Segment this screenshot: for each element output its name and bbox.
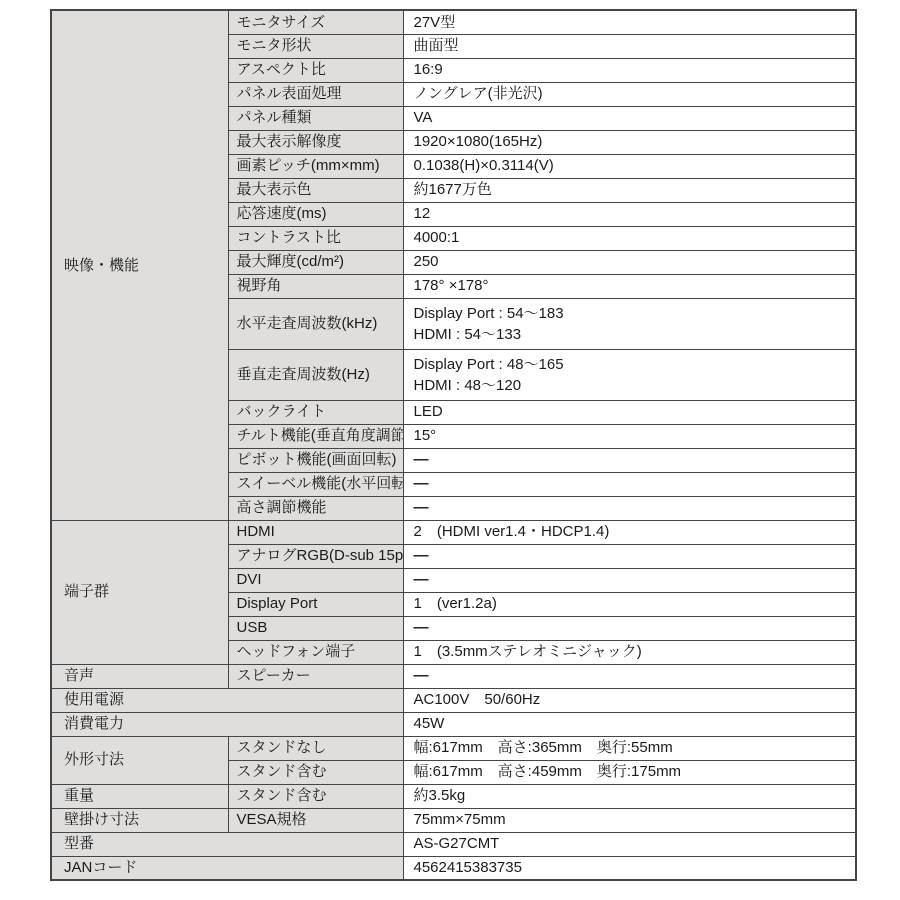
spec-label: USB — [228, 616, 403, 640]
category-cell-model: 型番 — [51, 832, 403, 856]
spec-label: コントラスト比 — [228, 226, 403, 250]
spec-label: HDMI — [228, 520, 403, 544]
spec-label: パネル種類 — [228, 106, 403, 130]
category-cell-wall-mount: 壁掛け寸法 — [51, 808, 228, 832]
spec-value: — — [403, 616, 856, 640]
spec-value: 1 (ver1.2a) — [403, 592, 856, 616]
spec-value: 2 (HDMI ver1.4・HDCP1.4) — [403, 520, 856, 544]
spec-value: — — [403, 544, 856, 568]
spec-sheet-page: 映像・機能 モニタサイズ 27V型 モニタ形状 曲面型 アスペクト比 16:9 … — [0, 0, 900, 900]
spec-value: — — [403, 448, 856, 472]
spec-label: ピボット機能(画面回転) — [228, 448, 403, 472]
spec-value: VA — [403, 106, 856, 130]
spec-value: 12 — [403, 202, 856, 226]
spec-table-container: 映像・機能 モニタサイズ 27V型 モニタ形状 曲面型 アスペクト比 16:9 … — [50, 9, 857, 881]
spec-value: 約1677万色 — [403, 178, 856, 202]
category-cell-power-consumption: 消費電力 — [51, 712, 403, 736]
spec-value: — — [403, 568, 856, 592]
table-row: 消費電力 45W — [51, 712, 856, 736]
spec-value: 幅:617mm 高さ:365mm 奥行:55mm — [403, 736, 856, 760]
table-row: 型番 AS-G27CMT — [51, 832, 856, 856]
spec-label: スタンドなし — [228, 736, 403, 760]
spec-label: スタンド含む — [228, 760, 403, 784]
spec-label: スタンド含む — [228, 784, 403, 808]
category-cell-dimensions: 外形寸法 — [51, 736, 228, 784]
table-row: 映像・機能 モニタサイズ 27V型 — [51, 10, 856, 34]
spec-label: DVI — [228, 568, 403, 592]
table-row: 壁掛け寸法 VESA規格 75mm×75mm — [51, 808, 856, 832]
spec-label: 画素ピッチ(mm×mm) — [228, 154, 403, 178]
spec-label: 最大輝度(cd/m²) — [228, 250, 403, 274]
spec-value: Display Port : 48～165 HDMI : 48～120 — [403, 349, 856, 400]
spec-label: アナログRGB(D-sub 15pin) — [228, 544, 403, 568]
spec-value: 約3.5kg — [403, 784, 856, 808]
category-cell-jan: JANコード — [51, 856, 403, 880]
table-row: 使用電源 AC100V 50/60Hz — [51, 688, 856, 712]
spec-value: 178° ×178° — [403, 274, 856, 298]
spec-label: 垂直走査周波数(Hz) — [228, 349, 403, 400]
spec-value-line: HDMI : 54～133 — [414, 324, 850, 345]
spec-label: パネル表面処理 — [228, 82, 403, 106]
spec-value-line: Display Port : 54～183 — [414, 303, 850, 324]
spec-label: 最大表示色 — [228, 178, 403, 202]
table-row: 重量 スタンド含む 約3.5kg — [51, 784, 856, 808]
category-cell-ports: 端子群 — [51, 520, 228, 664]
spec-value: 1 (3.5mmステレオミニジャック) — [403, 640, 856, 664]
spec-value: 4562415383735 — [403, 856, 856, 880]
spec-value: 4000:1 — [403, 226, 856, 250]
spec-label: 水平走査周波数(kHz) — [228, 298, 403, 349]
spec-label: Display Port — [228, 592, 403, 616]
spec-label: チルト機能(垂直角度調節) — [228, 424, 403, 448]
spec-label: VESA規格 — [228, 808, 403, 832]
spec-value: 15° — [403, 424, 856, 448]
spec-label: 視野角 — [228, 274, 403, 298]
spec-label: スピーカー — [228, 664, 403, 688]
spec-label: 応答速度(ms) — [228, 202, 403, 226]
spec-label: モニタサイズ — [228, 10, 403, 34]
spec-value: 27V型 — [403, 10, 856, 34]
spec-value: 0.1038(H)×0.3114(V) — [403, 154, 856, 178]
spec-value: — — [403, 664, 856, 688]
spec-label: 高さ調節機能 — [228, 496, 403, 520]
spec-table: 映像・機能 モニタサイズ 27V型 モニタ形状 曲面型 アスペクト比 16:9 … — [50, 9, 857, 881]
spec-value: 16:9 — [403, 58, 856, 82]
spec-value: 1920×1080(165Hz) — [403, 130, 856, 154]
spec-value: 250 — [403, 250, 856, 274]
table-row: 外形寸法 スタンドなし 幅:617mm 高さ:365mm 奥行:55mm — [51, 736, 856, 760]
spec-value: — — [403, 472, 856, 496]
spec-value-line: HDMI : 48～120 — [414, 375, 850, 396]
table-row: JANコード 4562415383735 — [51, 856, 856, 880]
spec-value: 幅:617mm 高さ:459mm 奥行:175mm — [403, 760, 856, 784]
spec-value: ノングレア(非光沢) — [403, 82, 856, 106]
table-row: 端子群 HDMI 2 (HDMI ver1.4・HDCP1.4) — [51, 520, 856, 544]
spec-value: 曲面型 — [403, 34, 856, 58]
spec-label: スイーベル機能(水平回転) — [228, 472, 403, 496]
spec-value: LED — [403, 400, 856, 424]
category-cell-power: 使用電源 — [51, 688, 403, 712]
spec-label: 最大表示解像度 — [228, 130, 403, 154]
spec-value: 45W — [403, 712, 856, 736]
spec-value: Display Port : 54～183 HDMI : 54～133 — [403, 298, 856, 349]
spec-value: — — [403, 496, 856, 520]
table-row: 音声 スピーカー — — [51, 664, 856, 688]
spec-label: モニタ形状 — [228, 34, 403, 58]
spec-label: アスペクト比 — [228, 58, 403, 82]
spec-label: バックライト — [228, 400, 403, 424]
category-cell-weight: 重量 — [51, 784, 228, 808]
spec-value: AS-G27CMT — [403, 832, 856, 856]
category-cell-video: 映像・機能 — [51, 10, 228, 520]
spec-label: ヘッドフォン端子 — [228, 640, 403, 664]
category-cell-audio: 音声 — [51, 664, 228, 688]
spec-value: AC100V 50/60Hz — [403, 688, 856, 712]
spec-value-line: Display Port : 48～165 — [414, 354, 850, 375]
spec-value: 75mm×75mm — [403, 808, 856, 832]
